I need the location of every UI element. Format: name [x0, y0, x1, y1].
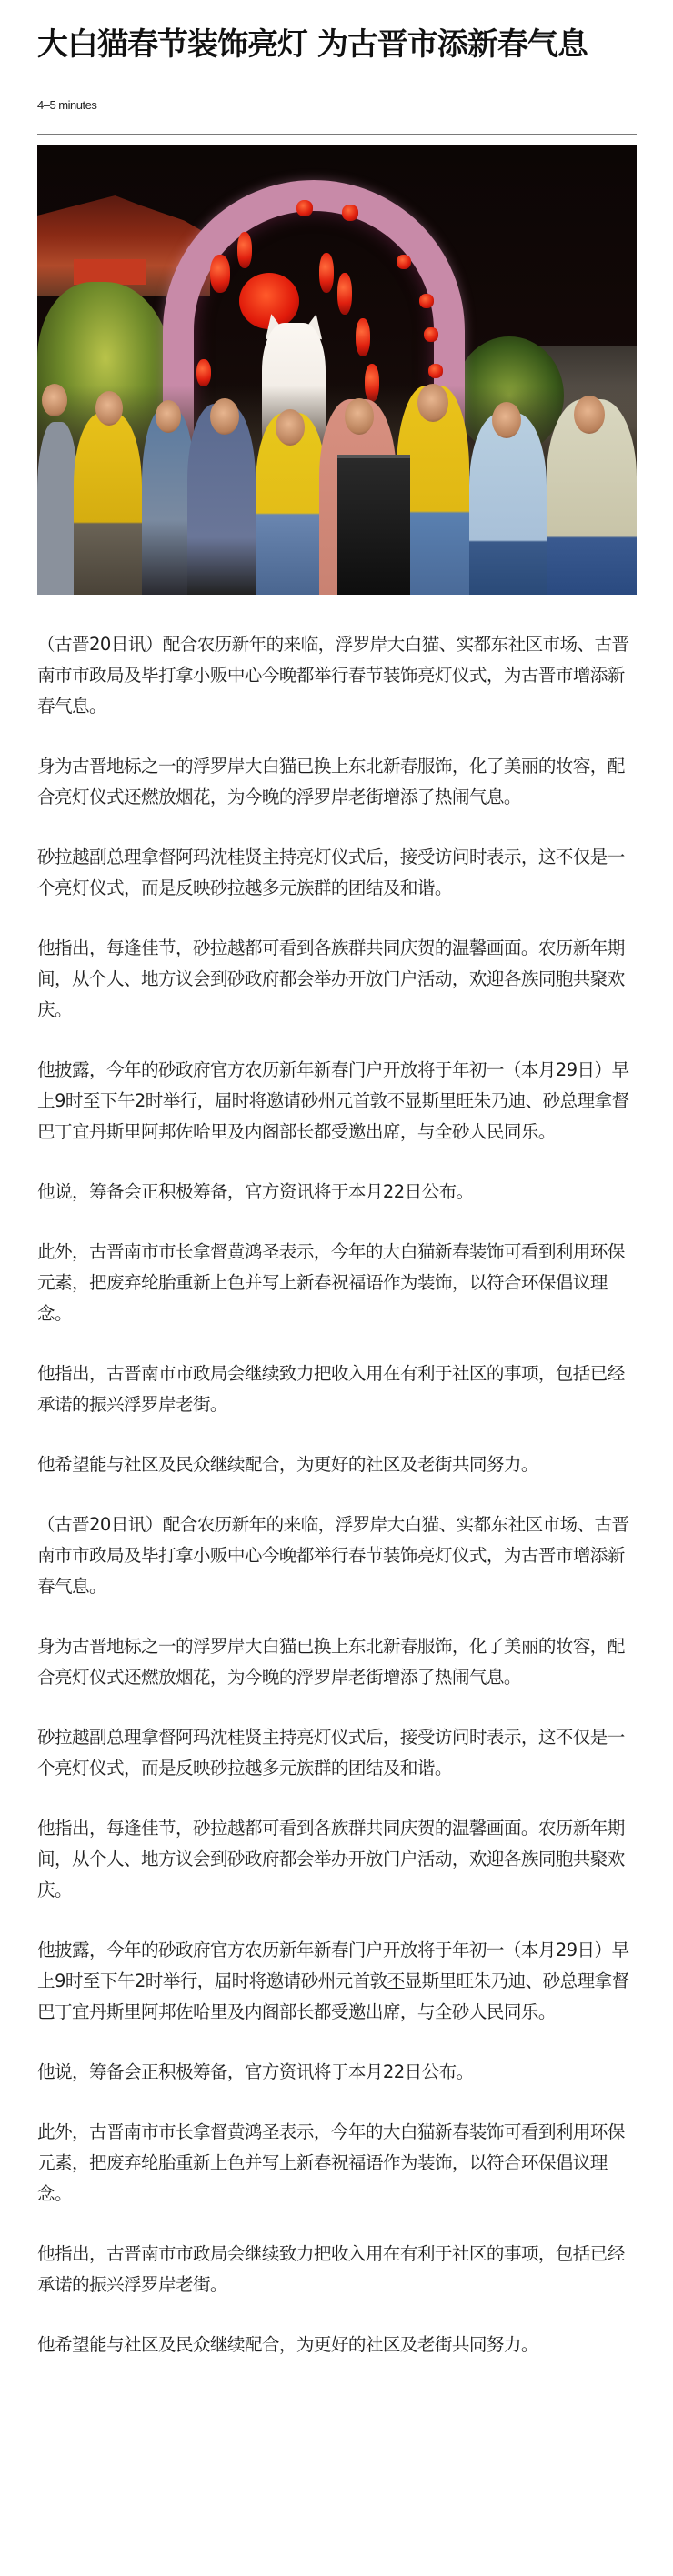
- article: 大白猫春节装饰亮灯 为古晋市添新春气息 4–5 minutes: [37, 0, 637, 2360]
- lantern: [296, 200, 313, 216]
- lantern: [196, 359, 211, 386]
- underlined-word: 不: [387, 1090, 405, 1111]
- paragraph: 身为古晋地标之一的浮罗岸大白猫已换上东北新春服饰，化了美丽的妆容，配合亮灯仪式还…: [37, 751, 637, 813]
- lantern: [342, 205, 358, 221]
- person-head: [156, 400, 181, 433]
- person-head: [417, 384, 448, 422]
- paragraph: 他披露，今年的砂政府官方农历新年新春门户开放将于年初一（本月29日）早上9时至下…: [37, 1935, 637, 2028]
- underlined-word: 不: [387, 1970, 405, 1991]
- lantern: [356, 318, 370, 356]
- person-head: [492, 402, 521, 438]
- paragraph: 他指出，每逢佳节，砂拉越都可看到各族群共同庆贺的温馨画面。农历新年期间，从个人、…: [37, 1813, 637, 1906]
- lantern: [210, 255, 230, 293]
- lantern: [397, 255, 411, 269]
- lantern: [237, 232, 252, 268]
- lantern: [319, 253, 334, 293]
- lantern: [337, 273, 352, 315]
- paragraph: 他说，筹备会正积极筹备，官方资讯将于本月22日公布。: [37, 2057, 637, 2088]
- paragraph: 此外，古晋南市市长拿督黄鸿圣表示，今年的大白猫新春装饰可看到利用环保元素，把废弃…: [37, 1237, 637, 1329]
- paragraph: 他希望能与社区及民众继续配合，为更好的社区及老街共同努力。: [37, 1449, 637, 1480]
- lantern: [424, 327, 438, 342]
- header-divider: [37, 134, 637, 135]
- hero-image: [37, 145, 637, 595]
- article-body: （古晋20日讯）配合农历新年的来临，浮罗岸大白猫、实都东社区市场、古晋南市市政局…: [37, 629, 637, 2360]
- person-head: [95, 391, 123, 426]
- lantern: [428, 364, 443, 378]
- paragraph: 他希望能与社区及民众继续配合，为更好的社区及老街共同努力。: [37, 2330, 637, 2360]
- paragraph: （古晋20日讯）配合农历新年的来临，浮罗岸大白猫、实都东社区市场、古晋南市市政局…: [37, 1509, 637, 1602]
- reading-time: 4–5 minutes: [37, 98, 637, 113]
- paragraph: 此外，古晋南市市长拿督黄鸿圣表示，今年的大白猫新春装饰可看到利用环保元素，把废弃…: [37, 2117, 637, 2210]
- paragraph: 砂拉越副总理拿督阿玛沈桂贤主持亮灯仪式后，接受访问时表示，这不仅是一个亮灯仪式，…: [37, 1722, 637, 1784]
- person-head: [210, 398, 239, 435]
- person-head: [42, 384, 67, 416]
- paragraph: 他指出，古晋南市市政局会继续致力把收入用在有利于社区的事项，包括已经承诺的振兴浮…: [37, 1358, 637, 1420]
- temple-sign: [74, 259, 146, 285]
- paragraph: 他指出，每逢佳节，砂拉越都可看到各族群共同庆贺的温馨画面。农历新年期间，从个人、…: [37, 933, 637, 1026]
- lantern: [419, 294, 434, 308]
- person: [469, 413, 547, 595]
- person-head: [345, 398, 374, 435]
- podium: [337, 455, 410, 595]
- paragraph: 他指出，古晋南市市政局会继续致力把收入用在有利于社区的事项，包括已经承诺的振兴浮…: [37, 2239, 637, 2300]
- article-title: 大白猫春节装饰亮灯 为古晋市添新春气息: [37, 25, 637, 64]
- paragraph: 他披露，今年的砂政府官方农历新年新春门户开放将于年初一（本月29日）早上9时至下…: [37, 1055, 637, 1148]
- paragraph: 他说，筹备会正积极筹备，官方资讯将于本月22日公布。: [37, 1177, 637, 1208]
- person-head: [276, 409, 305, 446]
- person-head: [574, 396, 605, 434]
- person: [74, 413, 142, 595]
- person: [37, 422, 78, 595]
- paragraph: 砂拉越副总理拿督阿玛沈桂贤主持亮灯仪式后，接受访问时表示，这不仅是一个亮灯仪式，…: [37, 842, 637, 904]
- paragraph: 身为古晋地标之一的浮罗岸大白猫已换上东北新春服饰，化了美丽的妆容，配合亮灯仪式还…: [37, 1631, 637, 1693]
- paragraph: （古晋20日讯）配合农历新年的来临，浮罗岸大白猫、实都东社区市场、古晋南市市政局…: [37, 629, 637, 722]
